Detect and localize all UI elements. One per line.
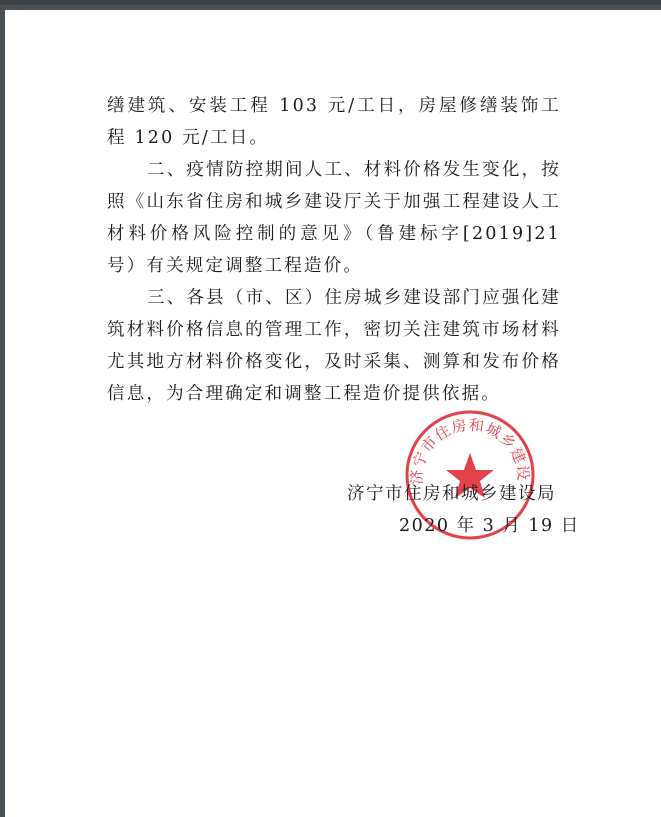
issue-date: 2020 年 3 月 19 日: [347, 510, 580, 542]
paragraph-2: 二、疫情防控期间人工、材料价格发生变化，按照《山东省住房和城乡建设厅关于加强工程…: [107, 154, 561, 282]
viewer-top-bar: [0, 0, 661, 5]
paragraph-1: 缮建筑、安装工程 103 元/工日，房屋修缮装饰工程 120 元/工日。: [107, 90, 561, 154]
document-body: 缮建筑、安装工程 103 元/工日，房屋修缮装饰工程 120 元/工日。 二、疫…: [107, 90, 561, 410]
paragraph-3: 三、各县（市、区）住房城乡建设部门应强化建筑材料价格信息的管理工作，密切关注建筑…: [107, 282, 561, 410]
signature-block: 济宁市住房和城乡建设局 2020 年 3 月 19 日: [347, 478, 580, 542]
document-page: 缮建筑、安装工程 103 元/工日，房屋修缮装饰工程 120 元/工日。 二、疫…: [5, 10, 661, 817]
issuing-organization: 济宁市住房和城乡建设局: [347, 478, 580, 510]
